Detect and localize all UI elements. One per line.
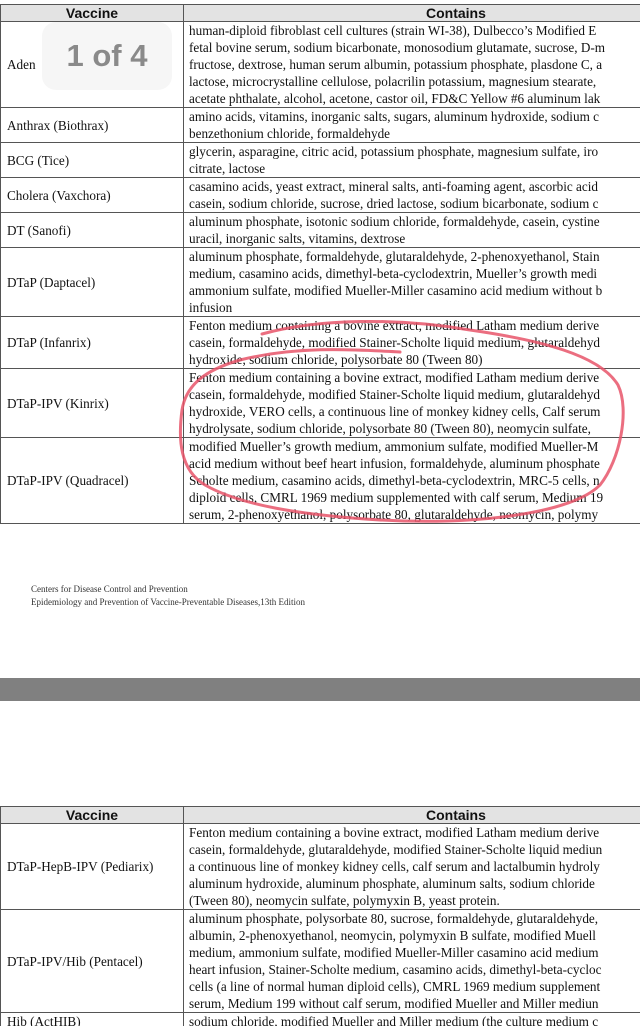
- contains-line: medium, ammonium sulfate, modified Muell…: [189, 944, 640, 961]
- page-separator: [0, 678, 640, 701]
- vaccine-name-cell: BCG (Tice): [1, 143, 184, 178]
- contains-line: albumin, 2-phenoxyethanol, neomycin, pol…: [189, 927, 640, 944]
- contains-cell: glycerin, asparagine, citric acid, potas…: [184, 143, 640, 178]
- column-header-vaccine: Vaccine: [1, 5, 184, 22]
- page-footer: Centers for Disease Control and Preventi…: [31, 583, 305, 609]
- vaccine-name-cell: DTaP (Infanrix): [1, 317, 184, 369]
- contains-line: heart infusion, Stainer-Scholte medium, …: [189, 961, 640, 978]
- contains-line: ammonium sulfate, modified Mueller-Mille…: [189, 282, 640, 299]
- contains-line: (Tween 80), neomycin sulfate, polymyxin …: [189, 892, 640, 909]
- contains-cell: Fenton medium containing a bovine extrac…: [184, 317, 640, 369]
- table-row: DTaP (Daptacel)aluminum phosphate, forma…: [1, 248, 640, 317]
- vaccine-name-cell: Hib (ActHIB): [1, 1013, 184, 1026]
- vaccine-name-cell: DT (Sanofi): [1, 213, 184, 248]
- contains-line: fetal bovine serum, sodium bicarbonate, …: [189, 39, 640, 56]
- contains-line: human-diploid fibroblast cell cultures (…: [189, 22, 640, 39]
- table-row: Anthrax (Biothrax)amino acids, vitamins,…: [1, 108, 640, 143]
- table-row: Hib (ActHIB)sodium chloride, modified Mu…: [1, 1013, 640, 1026]
- contains-line: amino acids, vitamins, inorganic salts, …: [189, 108, 640, 125]
- contains-cell: human-diploid fibroblast cell cultures (…: [184, 22, 640, 108]
- contains-line: aluminum phosphate, polysorbate 80, sucr…: [189, 910, 640, 927]
- vaccine-table-continued: Vaccine Contains DTaP-HepB-IPV (Pediarix…: [0, 806, 640, 1026]
- contains-cell: aluminum phosphate, isotonic sodium chlo…: [184, 213, 640, 248]
- contains-line: casein, formaldehyde, modified Stainer-S…: [189, 334, 640, 351]
- document-page-2: Vaccine Contains DTaP-HepB-IPV (Pediarix…: [0, 701, 640, 1026]
- contains-line: acetate phthalate, alcohol, acetone, cas…: [189, 90, 640, 107]
- vaccine-name-cell: DTaP (Daptacel): [1, 248, 184, 317]
- contains-cell: amino acids, vitamins, inorganic salts, …: [184, 108, 640, 143]
- contains-line: a continuous line of monkey kidney cells…: [189, 858, 640, 875]
- contains-cell: Fenton medium containing a bovine extrac…: [184, 824, 640, 910]
- footer-line-publication: Epidemiology and Prevention of Vaccine-P…: [31, 596, 305, 609]
- contains-cell: casamino acids, yeast extract, mineral s…: [184, 178, 640, 213]
- contains-line: acid medium without beef heart infusion,…: [189, 455, 640, 472]
- page-counter-badge: 1 of 4: [42, 22, 172, 90]
- contains-line: casein, formaldehyde, glutaraldehyde, mo…: [189, 841, 640, 858]
- contains-line: sodium chloride, modified Mueller and Mi…: [189, 1013, 640, 1026]
- contains-line: cells (a line of normal human diploid ce…: [189, 978, 640, 995]
- contains-cell: Fenton medium containing a bovine extrac…: [184, 369, 640, 438]
- column-header-contains: Contains: [184, 807, 640, 824]
- table-row: DTaP-IPV (Quadracel)modified Mueller’s g…: [1, 438, 640, 524]
- table-row: DTaP-IPV (Kinrix)Fenton medium containin…: [1, 369, 640, 438]
- contains-line: Scholte medium, casamino acids, dimethyl…: [189, 472, 640, 489]
- contains-line: benzethonium chloride, formaldehyde: [189, 125, 640, 142]
- contains-line: uracil, inorganic salts, vitamins, dextr…: [189, 230, 640, 247]
- footer-line-organization: Centers for Disease Control and Preventi…: [31, 583, 305, 596]
- vaccine-name-cell: DTaP-HepB-IPV (Pediarix): [1, 824, 184, 910]
- contains-line: casein, formaldehyde, modified Stainer-S…: [189, 386, 640, 403]
- vaccine-name-cell: Cholera (Vaxchora): [1, 178, 184, 213]
- contains-line: medium, casamino acids, dimethyl-beta-cy…: [189, 265, 640, 282]
- table-row: DTaP (Infanrix)Fenton medium containing …: [1, 317, 640, 369]
- contains-line: diploid cells, CMRL 1969 medium suppleme…: [189, 489, 640, 506]
- contains-line: Fenton medium containing a bovine extrac…: [189, 824, 640, 841]
- document-page-1: Vaccine Contains Adenhuman-diploid fibro…: [0, 0, 640, 678]
- contains-line: aluminum phosphate, formaldehyde, glutar…: [189, 248, 640, 265]
- contains-cell: sodium chloride, modified Mueller and Mi…: [184, 1013, 640, 1026]
- table-header-row: Vaccine Contains: [1, 807, 640, 824]
- table-row: BCG (Tice)glycerin, asparagine, citric a…: [1, 143, 640, 178]
- contains-cell: aluminum phosphate, formaldehyde, glutar…: [184, 248, 640, 317]
- contains-line: modified Mueller’s growth medium, ammoni…: [189, 438, 640, 455]
- contains-line: Fenton medium containing a bovine extrac…: [189, 369, 640, 386]
- contains-line: aluminum phosphate, isotonic sodium chlo…: [189, 213, 640, 230]
- table-header-row: Vaccine Contains: [1, 5, 640, 22]
- table-row: DTaP-HepB-IPV (Pediarix)Fenton medium co…: [1, 824, 640, 910]
- table-row: Cholera (Vaxchora)casamino acids, yeast …: [1, 178, 640, 213]
- contains-line: casamino acids, yeast extract, mineral s…: [189, 178, 640, 195]
- vaccine-name-cell: DTaP-IPV/Hib (Pentacel): [1, 910, 184, 1013]
- contains-line: glycerin, asparagine, citric acid, potas…: [189, 143, 640, 160]
- contains-line: fructose, dextrose, human serum albumin,…: [189, 56, 640, 73]
- contains-line: lactose, microcrystalline cellulose, pol…: [189, 73, 640, 90]
- column-header-vaccine: Vaccine: [1, 807, 184, 824]
- contains-line: serum, Medium 199 without calf serum, mo…: [189, 995, 640, 1012]
- contains-line: Fenton medium containing a bovine extrac…: [189, 317, 640, 334]
- table-row: DT (Sanofi)aluminum phosphate, isotonic …: [1, 213, 640, 248]
- contains-line: casein, sodium chloride, sucrose, dried …: [189, 195, 640, 212]
- contains-line: hydrolysate, sodium chloride, polysorbat…: [189, 420, 640, 437]
- contains-line: hydroxide, VERO cells, a continuous line…: [189, 403, 640, 420]
- vaccine-name-cell: DTaP-IPV (Quadracel): [1, 438, 184, 524]
- contains-line: hydroxide, sodium chloride, polysorbate …: [189, 351, 640, 368]
- contains-line: citrate, lactose: [189, 160, 640, 177]
- table-row: DTaP-IPV/Hib (Pentacel)aluminum phosphat…: [1, 910, 640, 1013]
- contains-cell: modified Mueller’s growth medium, ammoni…: [184, 438, 640, 524]
- vaccine-name-cell: Anthrax (Biothrax): [1, 108, 184, 143]
- column-header-contains: Contains: [184, 5, 640, 22]
- contains-cell: aluminum phosphate, polysorbate 80, sucr…: [184, 910, 640, 1013]
- vaccine-name-cell: DTaP-IPV (Kinrix): [1, 369, 184, 438]
- contains-line: infusion: [189, 299, 640, 316]
- contains-line: serum, 2-phenoxyethanol, polysorbate 80,…: [189, 506, 640, 523]
- contains-line: aluminum hydroxide, aluminum phosphate, …: [189, 875, 640, 892]
